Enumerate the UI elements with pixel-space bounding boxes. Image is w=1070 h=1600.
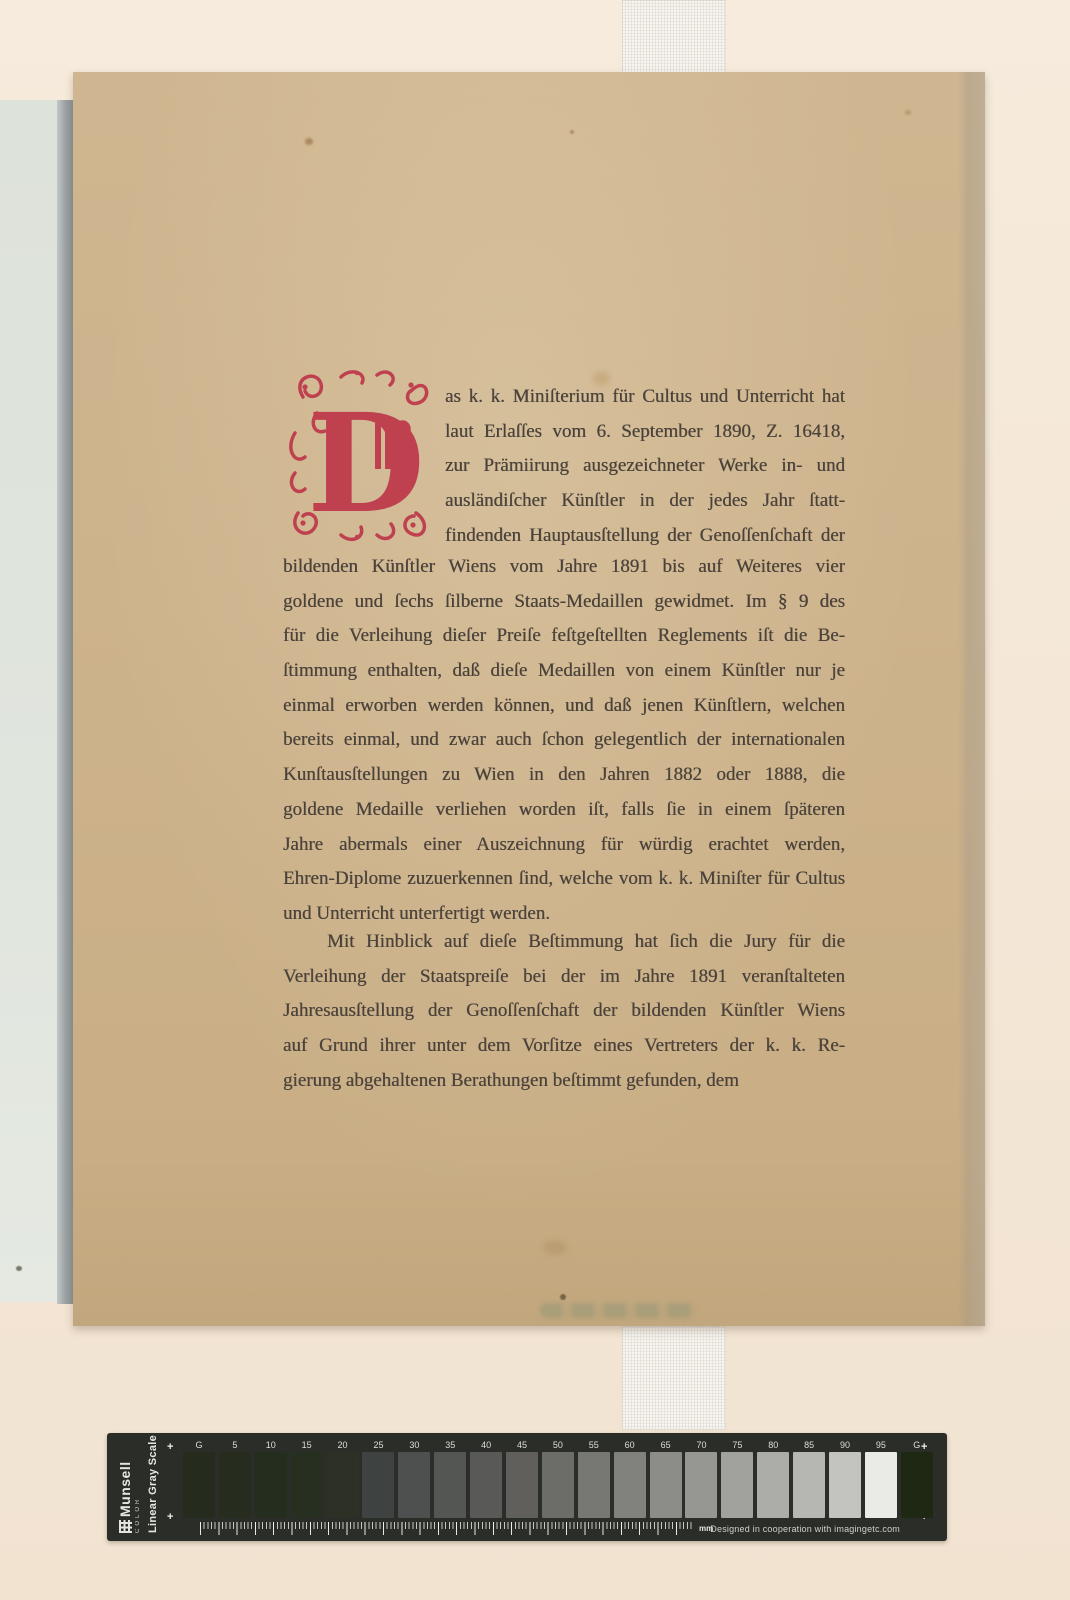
patch-swatch	[721, 1452, 753, 1518]
patch-label: 15	[291, 1439, 323, 1452]
patch-swatch	[901, 1452, 933, 1518]
patch-label: 80	[757, 1439, 789, 1452]
gray-patch: G	[183, 1439, 215, 1518]
gray-patch: 15	[291, 1439, 323, 1518]
gray-patch: 50	[542, 1439, 574, 1518]
text-line: goldene und ſechs ſilberne Staats-Medail…	[283, 585, 845, 620]
gray-patch: 85	[793, 1439, 825, 1518]
brand-subtitle: COLOR	[135, 1441, 141, 1533]
munsell-gray-scale-target: Munsell COLOR Linear Gray Scale + + + + …	[107, 1433, 947, 1541]
gray-patch: 5	[219, 1439, 251, 1518]
text-line: findenden Hauptausſtellung der Genoſſenſ…	[445, 519, 845, 554]
patch-label: G	[901, 1439, 933, 1452]
credit-text: Designed in cooperation with imagingetc.…	[710, 1524, 900, 1534]
paragraph-two: Mit Hinblick auf dieſe Beſtimmung hat ſi…	[283, 925, 845, 1098]
patch-label: 25	[362, 1439, 394, 1452]
patch-swatch	[327, 1452, 359, 1518]
gray-patch: 60	[614, 1439, 646, 1518]
document-page: D as k. k. Miniſterium für Cultus und Un…	[73, 72, 985, 1326]
patch-swatch	[793, 1452, 825, 1518]
patch-label: 10	[255, 1439, 287, 1452]
page-edge-shadow	[57, 100, 73, 1304]
patch-label: 55	[578, 1439, 610, 1452]
paper-stain	[305, 138, 313, 145]
gray-patch: 40	[470, 1439, 502, 1518]
gray-patch: 35	[434, 1439, 466, 1518]
patch-swatch	[362, 1452, 394, 1518]
patch-label: 20	[327, 1439, 359, 1452]
gray-patch: 95	[865, 1439, 897, 1518]
patch-label: 85	[793, 1439, 825, 1452]
patch-label: 60	[614, 1439, 646, 1452]
text-line: goldene Medaille verliehen worden iſt, f…	[283, 793, 845, 828]
patch-label: 5	[219, 1439, 251, 1452]
gray-patch-row: G5101520253035404550556065707580859095G	[183, 1439, 933, 1518]
text-line: einmal erworben werden können, und daß j…	[283, 689, 845, 724]
patch-swatch	[865, 1452, 897, 1518]
text-line: bereits einmal, und zwar auch ſchon gele…	[283, 723, 845, 758]
text-line: auf Grund ihrer unter dem Vorſitze eines…	[283, 1029, 845, 1064]
patch-swatch	[506, 1452, 538, 1518]
binding-tape-top	[622, 0, 726, 76]
gray-patch: 75	[721, 1439, 753, 1518]
text-line: Verleihung der Staatspreiſe bei der im J…	[283, 960, 845, 995]
paper-stain	[905, 110, 911, 115]
text-line: Kunſtausſtellungen zu Wien in den Jahren…	[283, 758, 845, 793]
text-line: gierung abgehaltenen Berathungen beſtimm…	[283, 1064, 845, 1099]
patch-label: 45	[506, 1439, 538, 1452]
text-line: ausländiſcher Künſtler in der jedes Jahr…	[445, 484, 845, 519]
gray-patch: 55	[578, 1439, 610, 1518]
patch-swatch	[578, 1452, 610, 1518]
registration-cross: +	[167, 1511, 173, 1523]
patch-label: 40	[470, 1439, 502, 1452]
patch-swatch	[434, 1452, 466, 1518]
patch-swatch	[291, 1452, 323, 1518]
paper-speck	[16, 1266, 22, 1271]
text-line: bildenden Künſtler Wiens vom Jahre 1891 …	[283, 550, 845, 585]
mm-ruler	[200, 1522, 694, 1535]
patch-label: 90	[829, 1439, 861, 1452]
patch-label: 70	[685, 1439, 717, 1452]
patch-label: 35	[434, 1439, 466, 1452]
binding-tape-bottom	[622, 1326, 726, 1430]
patch-swatch	[542, 1452, 574, 1518]
gray-patch: 70	[685, 1439, 717, 1518]
patch-swatch	[398, 1452, 430, 1518]
paper-stain	[543, 1240, 567, 1255]
munsell-logo: Munsell COLOR Linear Gray Scale	[117, 1441, 159, 1533]
patch-label: 30	[398, 1439, 430, 1452]
gray-patch: 65	[650, 1439, 682, 1518]
text-line: Mit Hinblick auf dieſe Beſtimmung hat ſi…	[283, 925, 845, 960]
svg-text:D: D	[307, 384, 425, 544]
page-deckle-edge	[958, 72, 985, 1326]
text-line: für die Verleihung dieſer Preiſe feſtgeſ…	[283, 619, 845, 654]
gray-patch: 80	[757, 1439, 789, 1518]
text-line: zur Prämiirung ausgezeichneter Werke in-…	[445, 449, 845, 484]
patch-swatch	[614, 1452, 646, 1518]
paper-stain	[560, 1294, 566, 1300]
patch-swatch	[650, 1452, 682, 1518]
faint-showthrough-stamp	[540, 1303, 696, 1318]
text-block: D as k. k. Miniſterium für Cultus und Un…	[283, 365, 845, 1180]
gray-patch: 20	[327, 1439, 359, 1518]
gray-patch: G	[901, 1439, 933, 1518]
patch-label: 95	[865, 1439, 897, 1452]
text-line: as k. k. Miniſterium für Cultus und Unte…	[445, 380, 845, 415]
brand-name: Munsell	[117, 1441, 133, 1517]
patch-swatch	[470, 1452, 502, 1518]
patch-swatch	[685, 1452, 717, 1518]
text-line: ſtimmung enthalten, daß dieſe Medaillen …	[283, 654, 845, 689]
registration-cross: +	[167, 1441, 173, 1453]
patch-swatch	[255, 1452, 287, 1518]
patch-swatch	[219, 1452, 251, 1518]
paper-stain	[570, 130, 574, 134]
patch-label: 50	[542, 1439, 574, 1452]
gray-patch: 30	[398, 1439, 430, 1518]
patch-label: G	[183, 1439, 215, 1452]
text-line: Jahresausſtellung der Genoſſenſchaft der…	[283, 994, 845, 1029]
ornamental-initial-D: D	[283, 365, 431, 545]
paragraph-one-full-width: bildenden Künſtler Wiens vom Jahre 1891 …	[283, 550, 845, 932]
patch-swatch	[183, 1452, 215, 1518]
paragraph-one-beside-initial: as k. k. Miniſterium für Cultus und Unte…	[445, 380, 845, 553]
gray-patch: 45	[506, 1439, 538, 1518]
text-line: laut Erlaſſes vom 6. September 1890, Z. …	[445, 415, 845, 450]
gray-patch: 10	[255, 1439, 287, 1518]
patch-label: 65	[650, 1439, 682, 1452]
gray-patch: 90	[829, 1439, 861, 1518]
patch-swatch	[829, 1452, 861, 1518]
gray-patch: 25	[362, 1439, 394, 1518]
text-line: Ehren-Diplome zuzuerkennen ſind, welche …	[283, 862, 845, 897]
munsell-grid-icon	[119, 1520, 132, 1533]
patch-swatch	[757, 1452, 789, 1518]
underlying-page-edge	[0, 100, 57, 1302]
product-name: Linear Gray Scale	[147, 1441, 159, 1533]
patch-label: 75	[721, 1439, 753, 1452]
text-line: Jahre abermals einer Auszeichnung für wü…	[283, 828, 845, 863]
